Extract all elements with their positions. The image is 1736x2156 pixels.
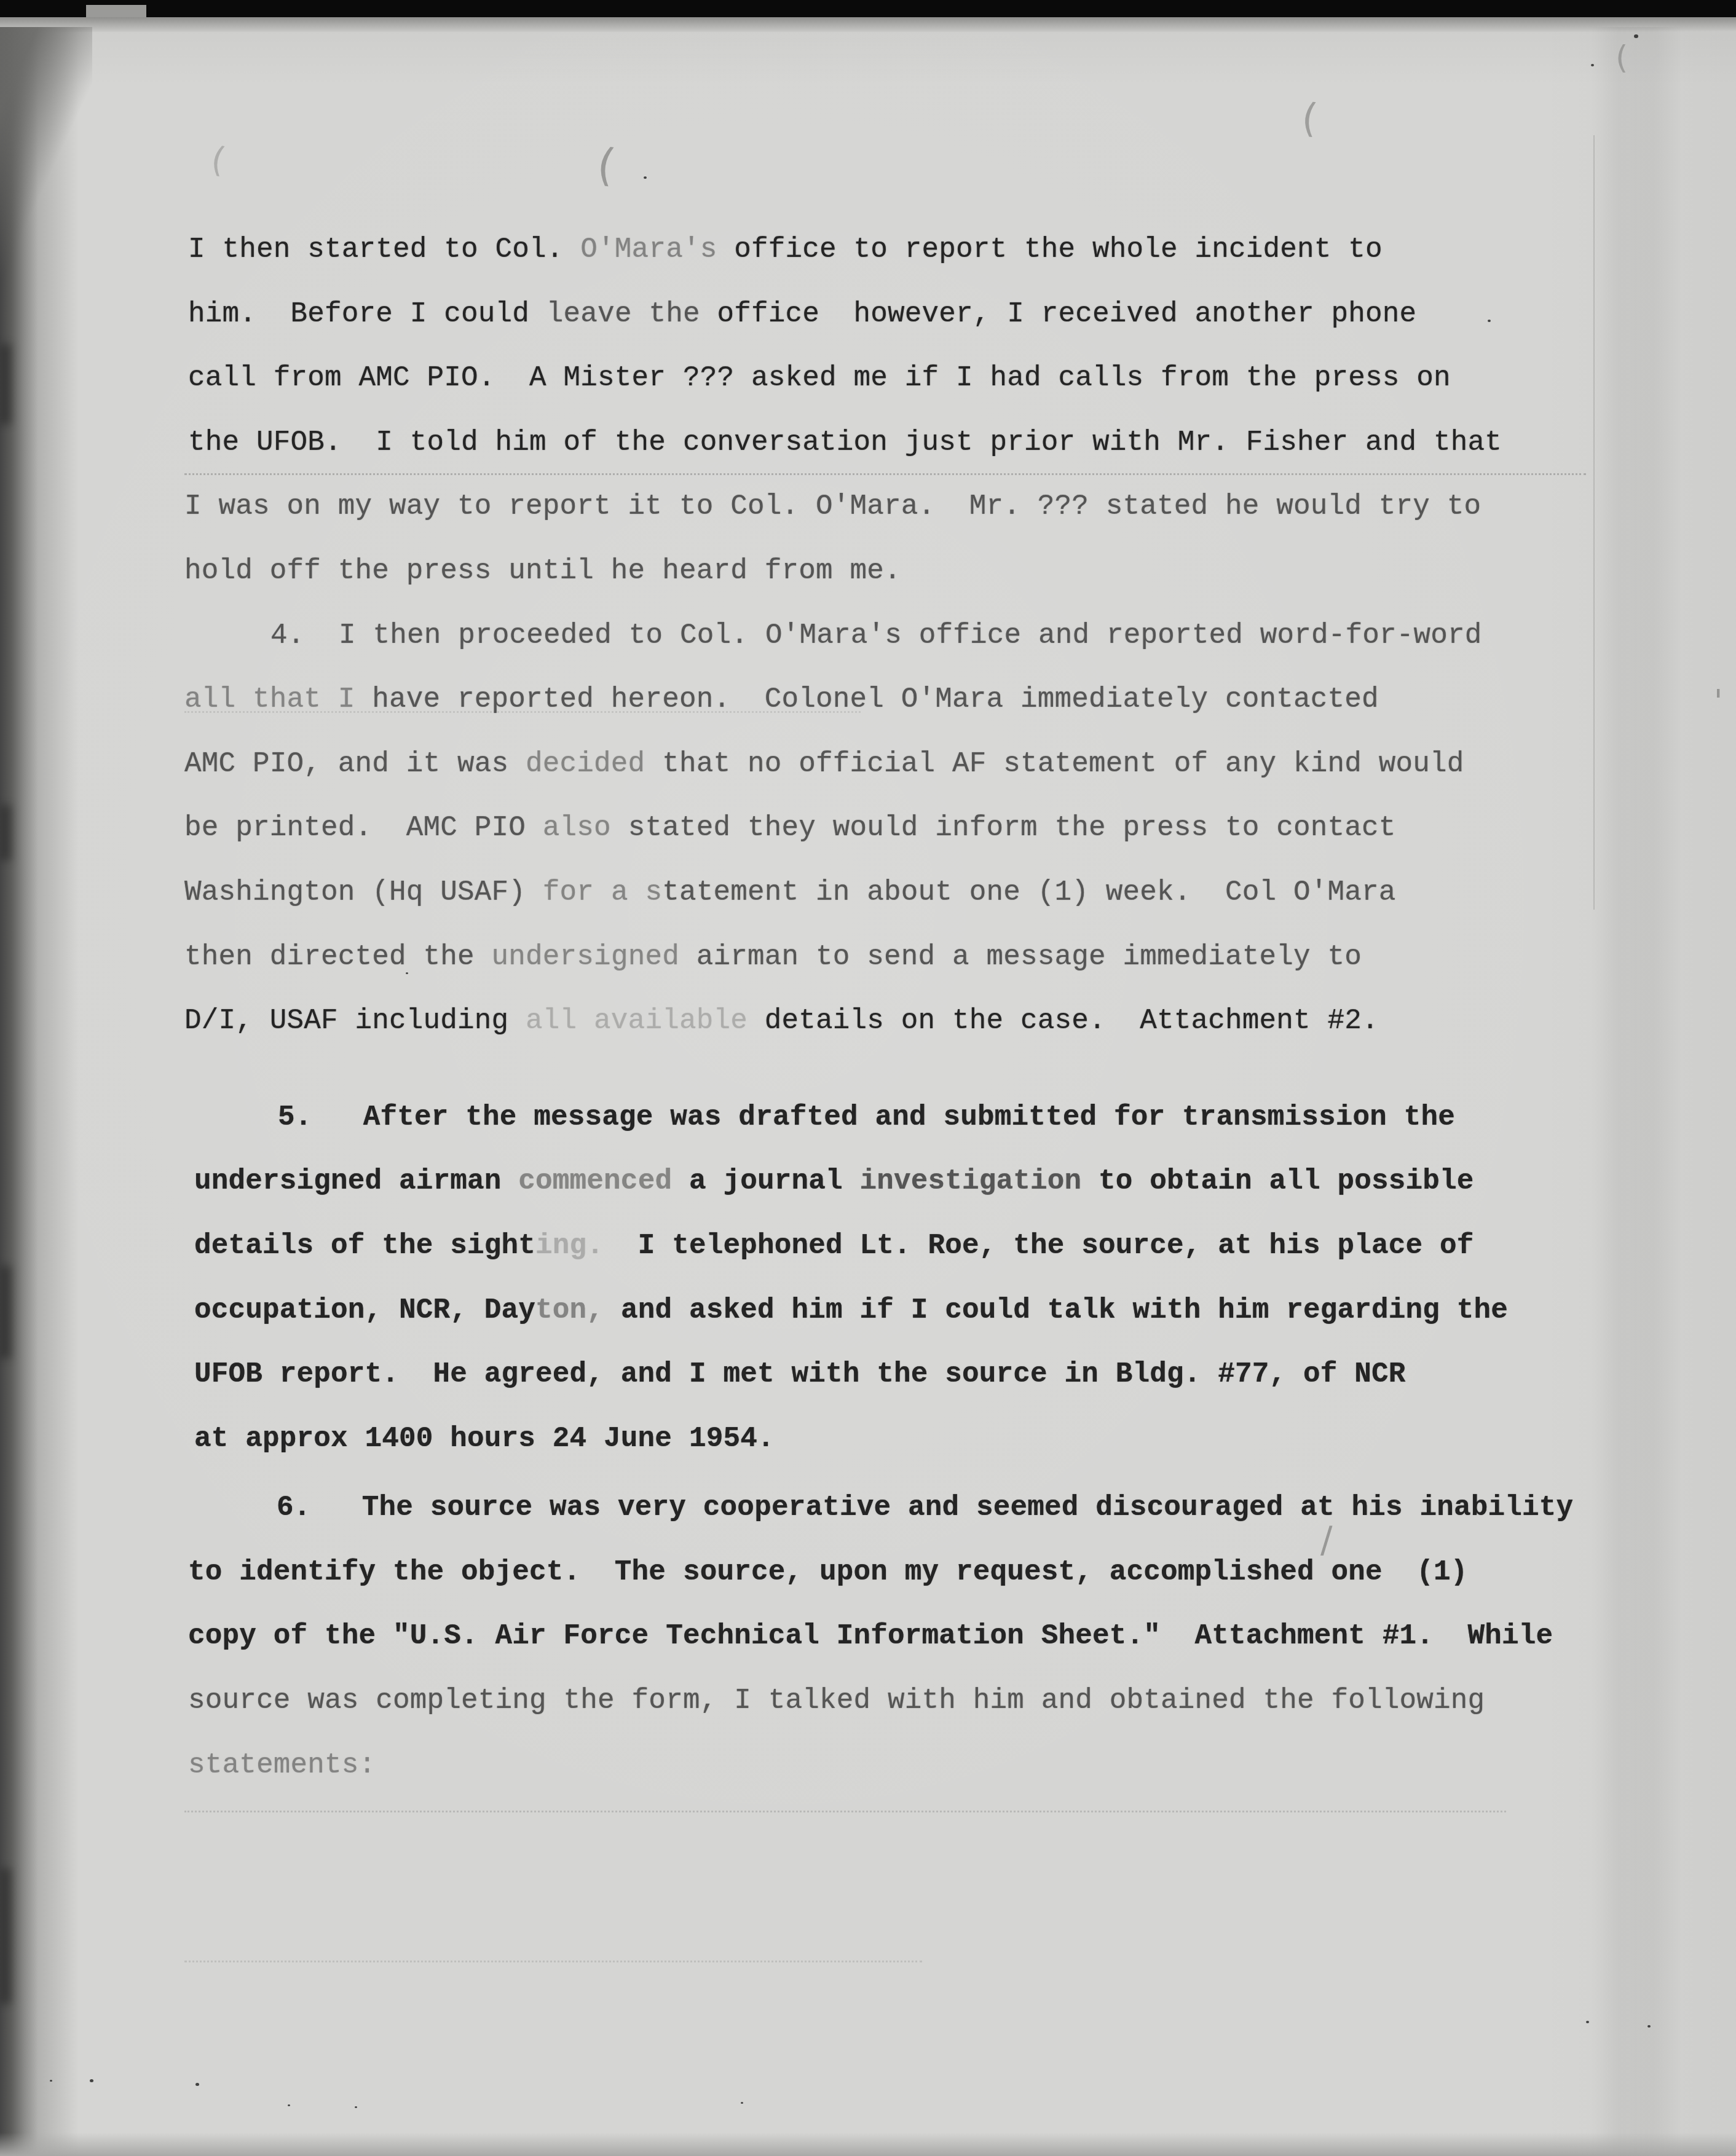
- text-line: UFOB report. He agreed, and I met with t…: [0, 1342, 1736, 1407]
- text-segment: office however, I received another phone: [700, 298, 1417, 330]
- text-segment: AMC PIO, and it was: [184, 748, 526, 780]
- text-line: be printed. AMC PIO also stated they wou…: [0, 796, 1736, 860]
- text-segment: call from AMC PIO. A Mister ??? asked me…: [188, 362, 1451, 394]
- text-segment: a journal: [672, 1165, 859, 1197]
- text-line: source was completing the form, I talked…: [0, 1669, 1736, 1733]
- text-segment: tatement in about one (1) week. Col O'Ma…: [662, 876, 1395, 908]
- text-segment: occupation, NCR, Day: [194, 1294, 535, 1326]
- text-segment: investigation: [859, 1165, 1081, 1197]
- scan-speck: [1591, 64, 1594, 66]
- text-line: 6. The source was very cooperative and s…: [0, 1476, 1736, 1540]
- scan-speck: [741, 2102, 743, 2104]
- faint-dot-row: [184, 711, 861, 713]
- text-segment: details on the case. Attachment #2.: [748, 1005, 1379, 1037]
- text-segment: be printed. AMC PIO: [184, 812, 543, 844]
- document-text: I then started to Col. O'Mara's office t…: [0, 218, 1736, 1797]
- scanned-page: I then started to Col. O'Mara's office t…: [0, 0, 1736, 2156]
- text-segment: to identify the object. The source, upon…: [188, 1556, 1468, 1588]
- scan-top-shadow: [0, 17, 1736, 32]
- pen-mark: (: [1616, 39, 1628, 76]
- text-segment: details of the sight: [194, 1230, 535, 1262]
- scan-bottom-shadow: [0, 2133, 1736, 2156]
- text-line: hold off the press until he heard from m…: [0, 539, 1736, 604]
- text-segment: O'Mara's: [580, 234, 717, 266]
- scan-top-border: [0, 0, 1736, 17]
- text-segment: also: [543, 812, 611, 844]
- text-line: call from AMC PIO. A Mister ??? asked me…: [0, 346, 1736, 411]
- text-segment: leave the: [546, 298, 700, 330]
- text-segment: him. Before I could: [188, 298, 546, 330]
- pen-mark: (: [208, 140, 229, 181]
- text-line: him. Before I could leave the office how…: [0, 282, 1736, 347]
- text-segment: Washington (Hq USAF): [184, 876, 543, 908]
- text-line: all that I have reported hereon. Colonel…: [0, 667, 1736, 732]
- text-segment: that no official AF statement of any kin…: [645, 748, 1464, 780]
- text-segment: office to report the whole incident to: [717, 234, 1382, 266]
- scan-speck: [50, 2080, 52, 2082]
- text-line: I was on my way to report it to Col. O'M…: [0, 474, 1736, 539]
- text-line: occupation, NCR, Dayton, and asked him i…: [0, 1278, 1736, 1343]
- text-line: at approx 1400 hours 24 June 1954.: [0, 1407, 1736, 1471]
- text-line: the UFOB. I told him of the conversation…: [0, 411, 1736, 475]
- scan-speck: [406, 972, 408, 974]
- text-line: D/I, USAF including all available detail…: [0, 989, 1736, 1053]
- pen-mark: (: [594, 138, 618, 191]
- scan-top-border-gap: [86, 5, 146, 17]
- text-segment: for a s: [543, 876, 662, 908]
- text-segment: copy of the "U.S. Air Force Technical In…: [188, 1620, 1553, 1652]
- text-segment: UFOB report. He agreed, and I met with t…: [194, 1358, 1406, 1390]
- text-line: copy of the "U.S. Air Force Technical In…: [0, 1604, 1736, 1669]
- text-segment: hold off the press until he heard from m…: [184, 555, 901, 587]
- scan-speck: [195, 2083, 199, 2086]
- text-segment: 5. After the message was drafted and sub…: [278, 1101, 1455, 1133]
- text-line: 5. After the message was drafted and sub…: [0, 1085, 1736, 1150]
- text-segment: airman to send a message immediately to: [679, 941, 1362, 973]
- text-segment: ing.: [535, 1230, 604, 1262]
- text-segment: commenced: [518, 1165, 672, 1197]
- text-line: Washington (Hq USAF) for a statement in …: [0, 860, 1736, 925]
- text-segment: to obtain all possible: [1081, 1165, 1474, 1197]
- scan-speck: [355, 2106, 357, 2108]
- text-segment: I then started to Col.: [188, 234, 580, 266]
- scan-edge-streak: [0, 805, 11, 860]
- text-line: to identify the object. The source, upon…: [0, 1540, 1736, 1605]
- text-line: then directed the undersigned airman to …: [0, 925, 1736, 989]
- scan-speck: [1586, 2021, 1589, 2023]
- text-line: I then started to Col. O'Mara's office t…: [0, 218, 1736, 282]
- pen-mark: ': [1714, 683, 1722, 720]
- scan-edge-streak: [0, 344, 11, 424]
- faint-dot-row: [184, 1961, 922, 1962]
- text-line: undersigned airman commenced a journal i…: [0, 1149, 1736, 1214]
- scan-speck: [644, 176, 647, 179]
- text-line: statements:: [0, 1733, 1736, 1798]
- text-line: details of the sighting. I telephoned Lt…: [0, 1214, 1736, 1278]
- text-segment: at approx 1400 hours 24 June 1954.: [194, 1423, 775, 1455]
- pen-mark: /: [1320, 1519, 1333, 1561]
- text-segment: statements:: [188, 1749, 376, 1781]
- text-segment: the UFOB. I told him of the conversation…: [188, 427, 1502, 458]
- scan-speck: [90, 2079, 93, 2082]
- pen-mark: (: [1300, 95, 1320, 142]
- scan-speck: [1647, 2025, 1651, 2028]
- text-segment: stated they would inform the press to co…: [611, 812, 1396, 844]
- scan-edge-streak: [0, 1868, 11, 2004]
- scan-speck: [1488, 320, 1491, 322]
- scan-speck: [1634, 34, 1638, 38]
- scan-speck: [288, 2104, 290, 2106]
- text-segment: all available: [526, 1005, 748, 1037]
- text-line: 4. I then proceeded to Col. O'Mara's off…: [0, 604, 1736, 668]
- scan-edge-streak: [0, 1266, 11, 1358]
- text-segment: I was on my way to report it to Col. O'M…: [184, 490, 1481, 522]
- faint-dot-row: [184, 473, 1586, 475]
- text-segment: decided: [526, 748, 645, 780]
- text-segment: I telephoned Lt. Roe, the source, at his…: [604, 1230, 1474, 1262]
- text-segment: 6. The source was very cooperative and s…: [277, 1492, 1573, 1524]
- text-segment: undersigned airman: [194, 1165, 518, 1197]
- text-line: AMC PIO, and it was decided that no offi…: [0, 732, 1736, 797]
- text-segment: source was completing the form, I talked…: [188, 1685, 1485, 1717]
- text-segment: then directed the: [184, 941, 492, 973]
- text-segment: D/I, USAF including: [184, 1005, 526, 1037]
- faint-dot-row: [184, 1811, 1506, 1812]
- text-segment: undersigned: [492, 941, 679, 973]
- text-segment: and asked him if I could talk with him r…: [604, 1294, 1508, 1326]
- text-segment: ton,: [535, 1294, 604, 1326]
- text-segment: 4. I then proceeded to Col. O'Mara's off…: [270, 620, 1482, 651]
